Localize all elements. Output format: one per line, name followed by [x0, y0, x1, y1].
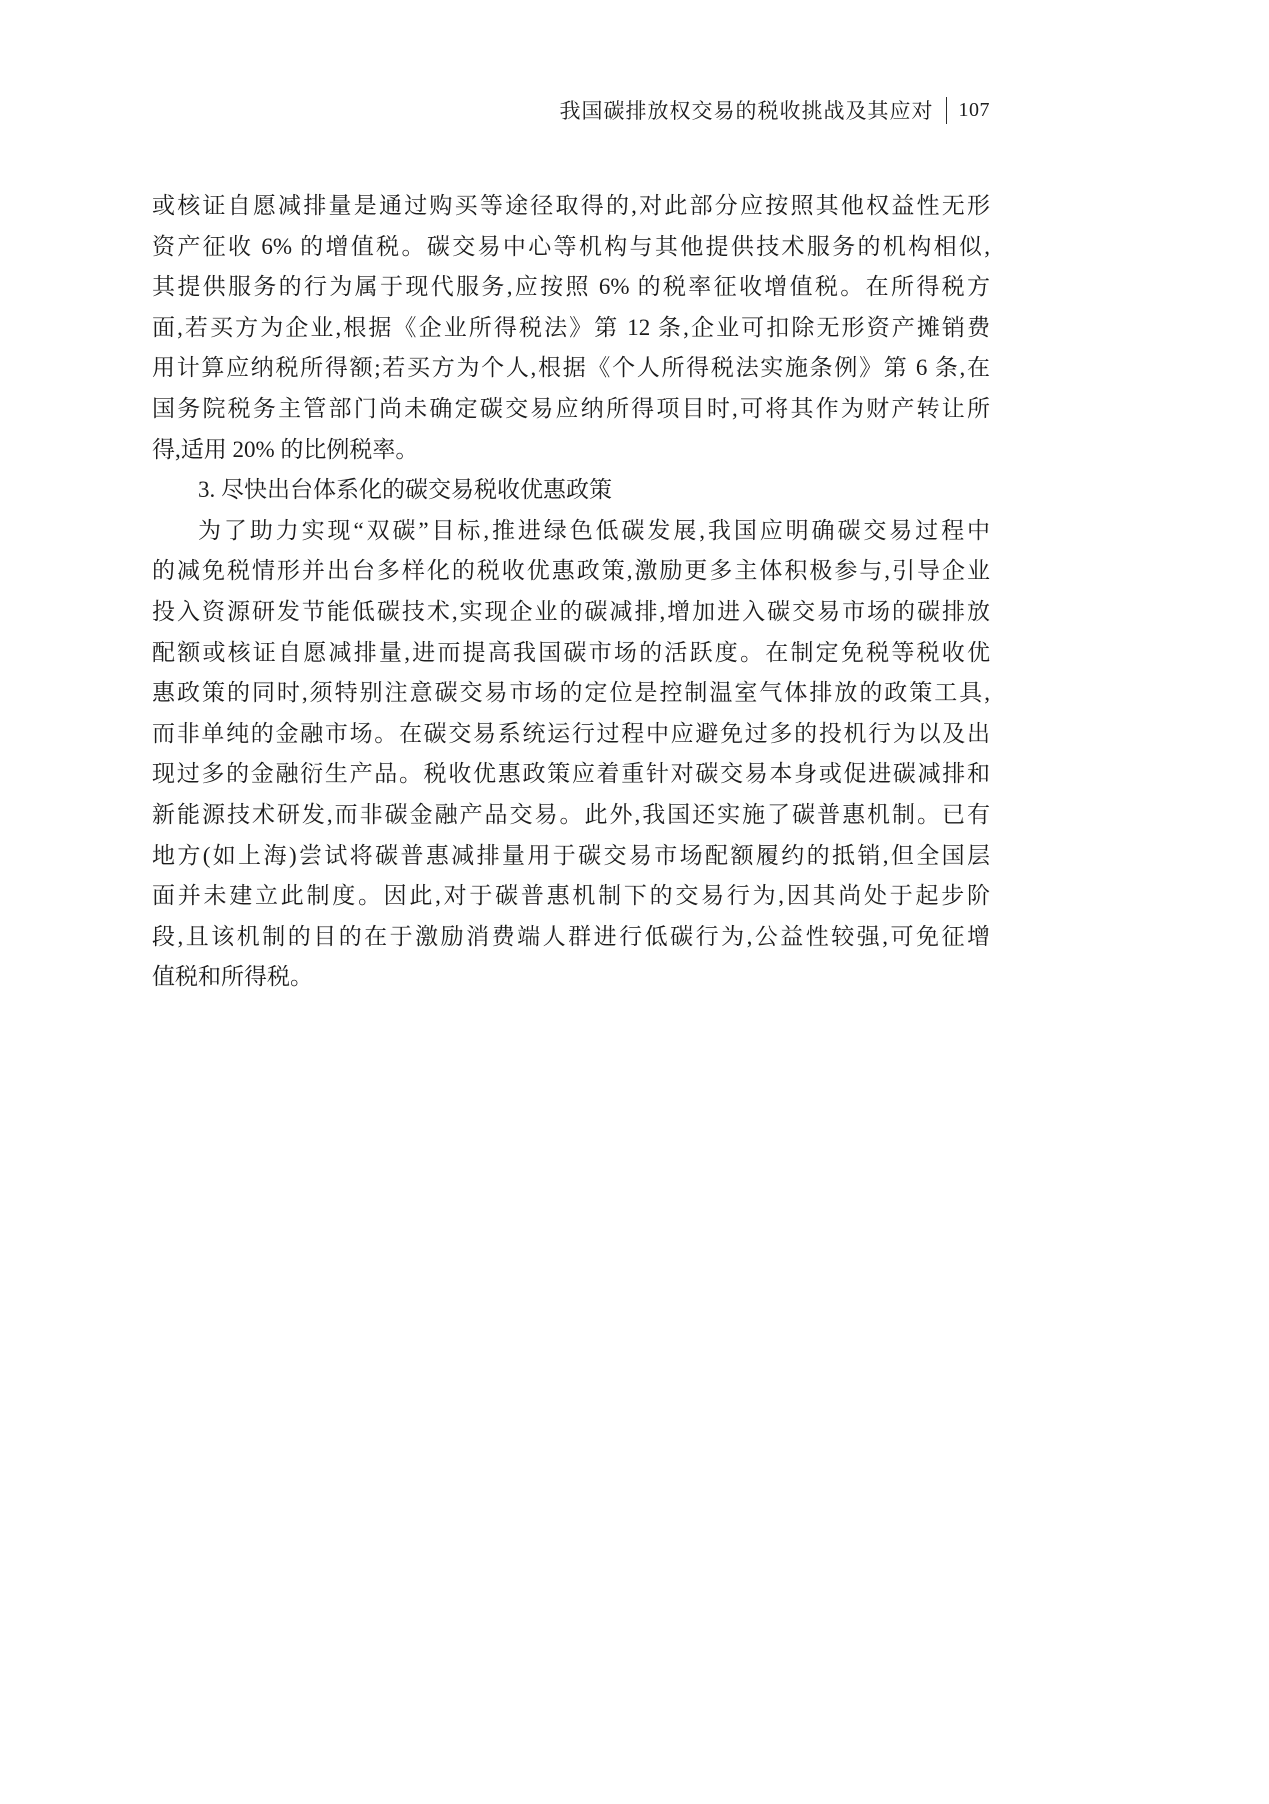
section-heading: 3. 尽快出台体系化的碳交易税收优惠政策	[152, 470, 990, 511]
text-line: 其提供服务的行为属于现代服务,应按照 6% 的税率征收增值税。在所得税方	[152, 267, 990, 308]
text-line: 地方(如上海)尝试将碳普惠减排量用于碳交易市场配额履约的抵销,但全国层	[152, 836, 990, 877]
text-line: 投入资源研发节能低碳技术,实现企业的碳减排,增加进入碳交易市场的碳排放	[152, 592, 990, 633]
text-line: 面并未建立此制度。因此,对于碳普惠机制下的交易行为,因其尚处于起步阶	[152, 876, 990, 917]
text-line: 值税和所得税。	[152, 957, 990, 998]
text-line: 段,且该机制的目的在于激励消费端人群进行低碳行为,公益性较强,可免征增	[152, 917, 990, 958]
running-title: 我国碳排放权交易的税收挑战及其应对	[560, 95, 934, 125]
text-line: 面,若买方为企业,根据《企业所得税法》第 12 条,企业可扣除无形资产摊销费	[152, 308, 990, 349]
paragraph-vat-income-tax: 或核证自愿减排量是通过购买等途径取得的,对此部分应按照其他权益性无形资产征收 6…	[152, 186, 990, 470]
paragraph-tax-incentive-policy: 为了助力实现“双碳”目标,推进绿色低碳发展,我国应明确碳交易过程中的减免税情形并…	[152, 511, 990, 998]
text-line: 国务院税务主管部门尚未确定碳交易应纳所得项目时,可将其作为财产转让所	[152, 389, 990, 430]
page-number: 107	[959, 99, 991, 122]
text-line: 配额或核证自愿减排量,进而提高我国碳市场的活跃度。在制定免税等税收优	[152, 633, 990, 674]
text-line: 或核证自愿减排量是通过购买等途径取得的,对此部分应按照其他权益性无形	[152, 186, 990, 227]
text-line: 新能源技术研发,而非碳金融产品交易。此外,我国还实施了碳普惠机制。已有	[152, 795, 990, 836]
text-line: 现过多的金融衍生产品。税收优惠政策应着重针对碳交易本身或促进碳减排和	[152, 754, 990, 795]
text-line: 资产征收 6% 的增值税。碳交易中心等机构与其他提供技术服务的机构相似,	[152, 227, 990, 268]
text-line: 的减免税情形并出台多样化的税收优惠政策,激励更多主体积极参与,引导企业	[152, 551, 990, 592]
text-line: 惠政策的同时,须特别注意碳交易市场的定位是控制温室气体排放的政策工具,	[152, 673, 990, 714]
text-line: 得,适用 20% 的比例税率。	[152, 430, 990, 471]
text-line: 为了助力实现“双碳”目标,推进绿色低碳发展,我国应明确碳交易过程中	[152, 511, 990, 552]
body-text: 或核证自愿减排量是通过购买等途径取得的,对此部分应按照其他权益性无形资产征收 6…	[152, 186, 990, 998]
page-header: 我国碳排放权交易的税收挑战及其应对 107	[152, 95, 990, 125]
header-divider-line	[946, 97, 947, 124]
text-line: 而非单纯的金融市场。在碳交易系统运行过程中应避免过多的投机行为以及出	[152, 714, 990, 755]
text-line: 用计算应纳税所得额;若买方为个人,根据《个人所得税法实施条例》第 6 条,在	[152, 348, 990, 389]
